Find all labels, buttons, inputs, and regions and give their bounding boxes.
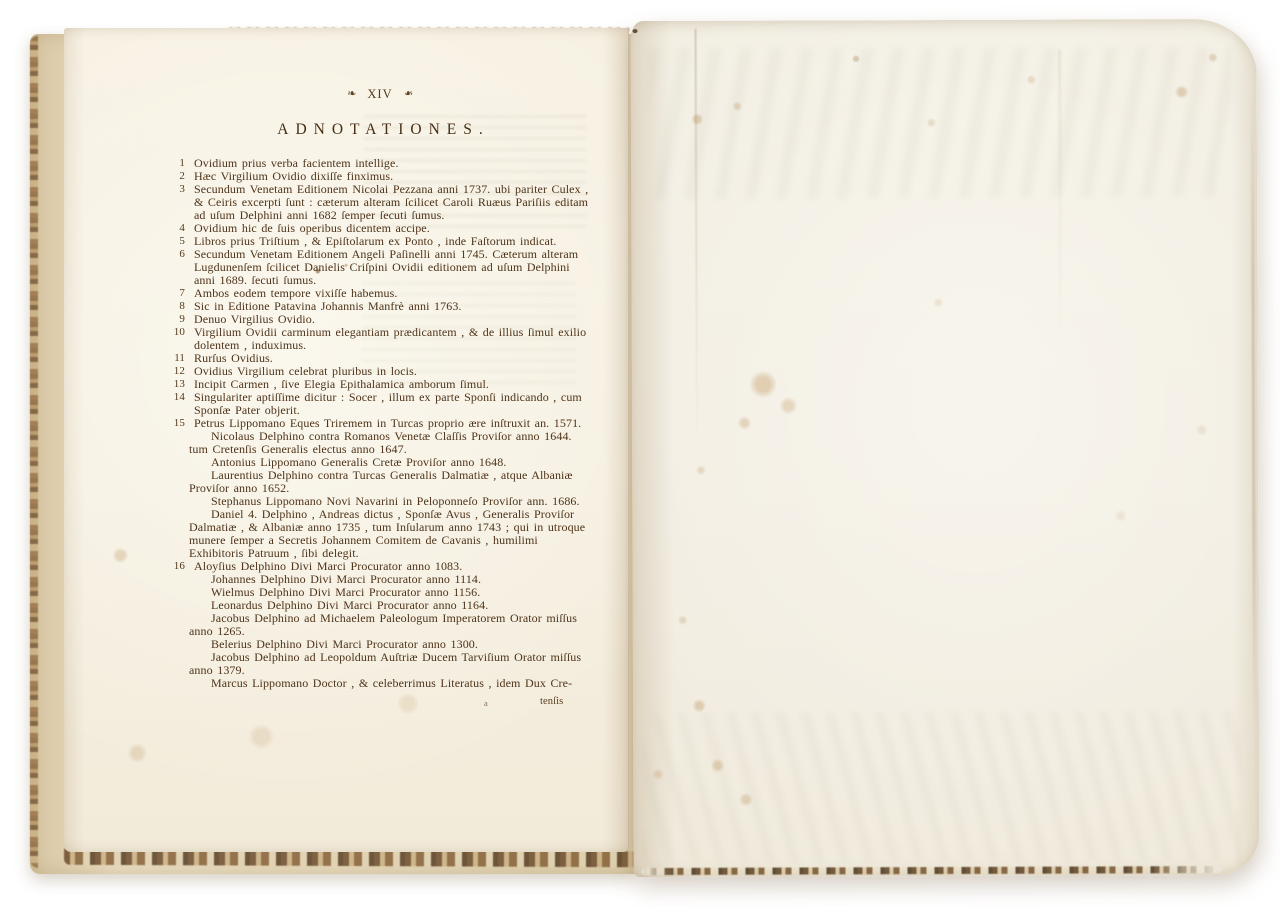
annotation-subentry: Jacobus Delphino ad Michaelem Paleologum… <box>168 612 592 638</box>
annotation-number: 13 <box>168 378 185 391</box>
annotation-text: Sic in Editione Patavina Johannis Manfrè… <box>194 299 462 313</box>
annotation-text: Ovidium prius verba facientem intellige. <box>194 156 399 170</box>
cover-left-edge-speckle <box>30 36 38 868</box>
annotation-text: Antonius Lippomano Generalis Cretæ Provi… <box>211 455 506 469</box>
annotation-text: Laurentius Delphino contra Turcas Genera… <box>189 468 573 495</box>
annotation-text: Incipit Carmen , ſive Elegia Epithalamic… <box>194 377 489 391</box>
annotation-text: Ambos eodem tempore vixiſſe habemus. <box>194 286 398 300</box>
annotation-text: Singulariter aptiſſime dicitur : Socer ,… <box>194 390 582 417</box>
annotation-text: Leonardus Delphino Divi Marci Procurator… <box>211 598 488 612</box>
annotation-number: 15 <box>168 417 185 430</box>
annotation-number: 16 <box>168 560 185 573</box>
annotation-text: Secundum Venetam Editionem Nicolai Pezza… <box>194 182 588 222</box>
annotation-text: Hæc Virgilium Ovidio dixiſſe finximus. <box>194 169 393 183</box>
right-page-blank <box>631 19 1260 877</box>
annotation-number: 14 <box>168 391 185 404</box>
annotation-number: 6 <box>168 248 185 261</box>
annotation-entry: 14Singulariter aptiſſime dicitur : Socer… <box>168 391 592 417</box>
annotation-text: Libros prius Triſtium , & Epiſtolarum ex… <box>194 234 557 248</box>
catchword: tenſis <box>540 695 563 708</box>
annotation-text: Nicolaus Delphino contra Romanos Venetæ … <box>189 429 572 456</box>
annotation-text: Petrus Lippomano Eques Triremem in Turca… <box>194 416 581 430</box>
page-header: ❧XIV❧ <box>168 88 592 104</box>
annotation-subentry: Laurentius Delphino contra Turcas Genera… <box>168 469 592 495</box>
annotation-entry: 3Secundum Venetam Editionem Nicolai Pezz… <box>168 183 592 222</box>
annotations-list: 1Ovidium prius verba facientem intellige… <box>168 157 592 690</box>
annotation-text: Belerius Delphino Divi Marci Procurator … <box>211 637 478 651</box>
direction-line: a tenſis <box>168 695 592 709</box>
annotation-entry: 6Secundum Venetam Editionem Angeli Paſin… <box>168 248 592 287</box>
fleuron-left-icon: ❧ <box>347 87 357 100</box>
gathering-mark: a <box>484 697 488 710</box>
annotation-text: Ovidium hic de ſuis operibus dicentem ac… <box>194 221 430 235</box>
annotation-subentry: Daniel 4. Delphino , Andreas dictus , Sp… <box>168 508 592 560</box>
annotation-number: 11 <box>168 352 185 365</box>
left-page: ❧XIV❧ ADNOTATIONES. 1Ovidium prius verba… <box>64 28 629 852</box>
book-photo: ❧XIV❧ ADNOTATIONES. 1Ovidium prius verba… <box>0 0 1280 907</box>
annotation-subentry: Jacobus Delphino ad Leopoldum Auſtriæ Du… <box>168 651 592 677</box>
right-page-foxing-stains <box>631 19 1260 877</box>
annotation-text: Wielmus Delphino Divi Marci Procurator a… <box>211 585 480 599</box>
annotation-subentry: Nicolaus Delphino contra Romanos Venetæ … <box>168 430 592 456</box>
fleuron-right-icon: ❧ <box>403 87 413 100</box>
annotation-number: 7 <box>168 287 185 300</box>
annotation-entry: 10Virgilium Ovidii carminum elegantiam p… <box>168 326 592 352</box>
annotation-number: 8 <box>168 300 185 313</box>
annotation-number: 9 <box>168 313 185 326</box>
annotation-number: 12 <box>168 365 185 378</box>
annotation-number: 4 <box>168 222 185 235</box>
annotation-number: 2 <box>168 170 185 183</box>
annotation-number: 1 <box>168 157 185 170</box>
annotation-text: Marcus Lippomano Doctor , & celeberrimus… <box>211 676 572 690</box>
page-folio: XIV <box>357 87 402 101</box>
annotation-subentry: Marcus Lippomano Doctor , & celeberrimus… <box>168 677 592 690</box>
annotation-text: Secundum Venetam Editionem Angeli Paſine… <box>194 247 578 287</box>
annotation-text: Rurſus Ovidius. <box>194 351 273 365</box>
annotation-text: Ovidius Virgilium celebrat pluribus in l… <box>194 364 417 378</box>
annotation-text: Jacobus Delphino ad Michaelem Paleologum… <box>189 611 577 638</box>
text-block: ❧XIV❧ ADNOTATIONES. 1Ovidium prius verba… <box>168 88 592 709</box>
annotation-text: Jacobus Delphino ad Leopoldum Auſtriæ Du… <box>189 650 581 677</box>
annotation-text: Johannes Delphino Divi Marci Procurator … <box>211 572 481 586</box>
annotation-text: Denuo Virgilius Ovidio. <box>194 312 315 326</box>
annotation-number: 5 <box>168 235 185 248</box>
annotation-text: Stephanus Lippomano Novi Navarini in Pel… <box>211 494 580 508</box>
annotation-text: Virgilium Ovidii carminum elegantiam præ… <box>194 325 586 352</box>
annotation-number: 10 <box>168 326 185 339</box>
annotation-text: Aloyſius Delphino Divi Marci Procurator … <box>194 559 462 573</box>
annotation-text: Daniel 4. Delphino , Andreas dictus , Sp… <box>189 507 585 560</box>
page-heading: ADNOTATIONES. <box>168 123 592 139</box>
annotation-number: 3 <box>168 183 185 196</box>
